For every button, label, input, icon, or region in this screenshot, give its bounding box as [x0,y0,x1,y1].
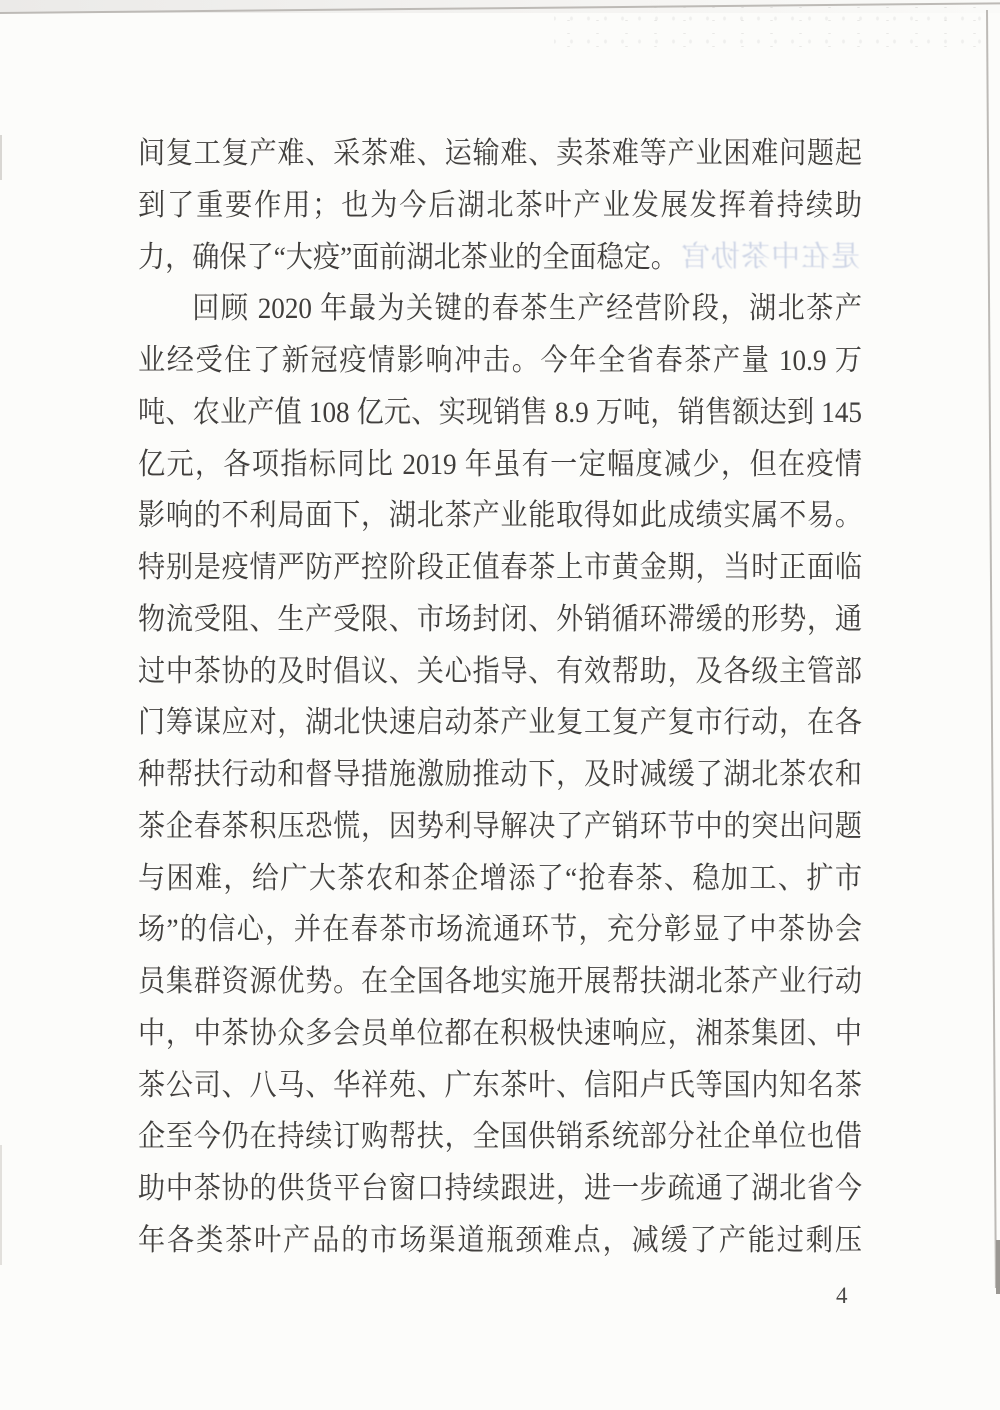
scan-left-edge-artifact [0,135,2,180]
body-text: 间复工复产难、采茶难、运输难、卖茶难等产业困难问题起到了重要作用；也为今后湖北茶… [138,128,862,1267]
scan-left-edge-artifact [0,1145,2,1265]
text-line: 影响的不利局面下，湖北茶产业能取得如此成绩实属不易。 [138,490,862,542]
text-line: 与困难，给广大茶农和茶企增添了“抢春茶、稳加工、扩市 [138,853,862,905]
text-line: 物流受阻、生产受限、市场封闭、外销循环滞缓的形势，通 [138,594,862,646]
text-line: 茶公司、八马、华祥苑、广东茶叶、信阳卢氏等国内知名茶 [138,1060,862,1112]
text-line: 助中茶协的供货平台窗口持续跟进，进一步疏通了湖北省今 [138,1163,862,1215]
text-line: 员集群资源优势。在全国各地实施开展帮扶湖北茶产业行动 [138,956,862,1008]
text-line: 年各类茶叶产品的市场渠道瓶颈难点，减缓了产能过剩压 [138,1215,862,1267]
scanned-page: 是在中茶协官 间复工复产难、采茶难、运输难、卖茶难等产业困难问题起到了重要作用；… [0,0,1000,1410]
text-line: 业经受住了新冠疫情影响冲击。今年全省春茶产量 10.9 万 [138,335,862,387]
text-line: 茶企春茶积压恐慌，因势利导解决了产销环节中的突出问题 [138,801,862,853]
text-line: 吨、农业产值 108 亿元、实现销售 8.9 万吨，销售额达到 145 [138,387,862,439]
text-line: 回顾 2020 年最为关键的春茶生产经营阶段，湖北茶产 [138,283,862,335]
text-line: 企至今仍在持续订购帮扶，全国供销系统部分社企单位也借 [138,1111,862,1163]
text-line: 亿元，各项指标同比 2019 年虽有一定幅度减少，但在疫情 [138,439,862,491]
text-line: 门筹谋应对，湖北快速启动茶产业复工复产复市行动，在各 [138,697,862,749]
text-line: 到了重要作用；也为今后湖北茶叶产业发展发挥着持续助 [138,180,862,232]
page-right-edge-line [986,10,997,1288]
text-line: 间复工复产难、采茶难、运输难、卖茶难等产业困难问题起 [138,128,862,180]
text-line: 场”的信心，并在春茶市场流通环节，充分彰显了中茶协会 [138,904,862,956]
text-line: 力，确保了“大疫”面前湖北茶业的全面稳定。 [138,232,862,284]
text-line: 过中茶协的及时倡议、关心指导、有效帮助，及各级主管部 [138,646,862,698]
text-line: 中，中茶协众多会员单位都在积极快速响应，湘茶集团、中 [138,1008,862,1060]
text-line: 种帮扶行动和督导措施激励推动下，及时减缓了湖北茶农和 [138,749,862,801]
page-number: 4 [836,1283,848,1309]
text-line: 特别是疫情严防严控阶段正值春茶上市黄金期，当时正面临 [138,542,862,594]
scan-right-edge-artifact [996,1240,1000,1294]
scan-noise-texture [554,1,984,59]
